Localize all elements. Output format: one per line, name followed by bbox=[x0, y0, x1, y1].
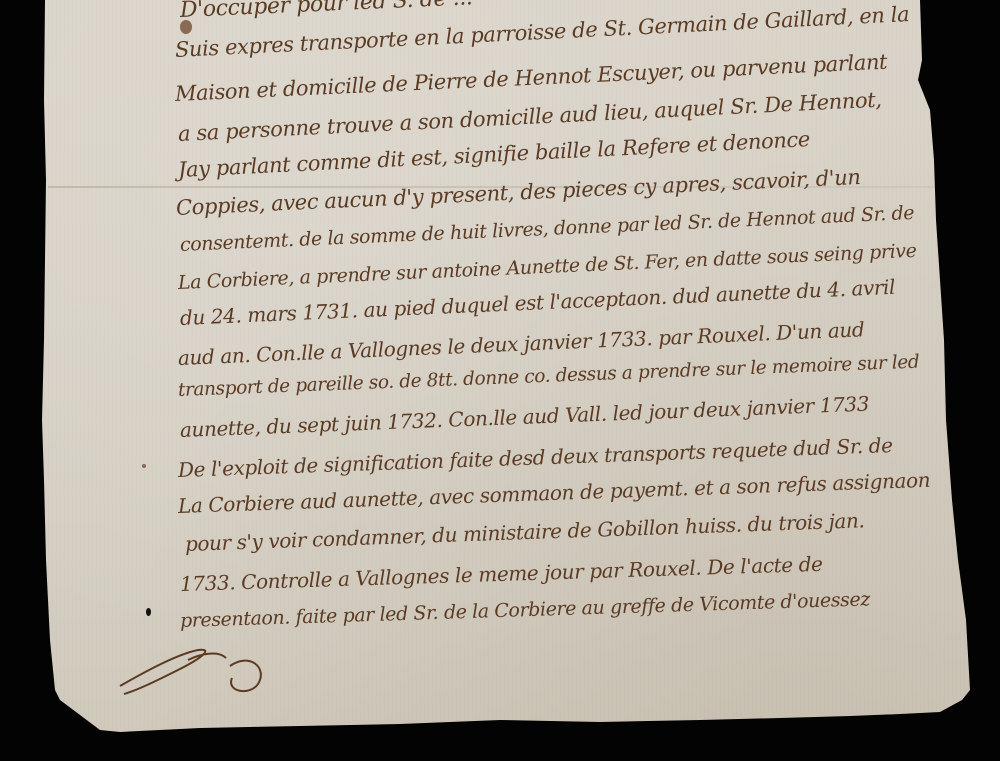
signature-paraph bbox=[118, 640, 318, 700]
ink-spot bbox=[146, 608, 151, 616]
ink-spot bbox=[142, 464, 146, 468]
manuscript-line-16: 1733. Controlle a Vallognes le meme jour… bbox=[180, 552, 823, 596]
manuscript-line-12: aunette, du sept juin 1732. Con.lle aud … bbox=[180, 392, 870, 442]
manuscript-line-15: pour s'y voir condamner, du ministaire d… bbox=[185, 508, 865, 556]
manuscript-page: D'occuper pour led S. de ... Suis expres… bbox=[0, 0, 1000, 761]
manuscript-line-17: presentaon. faite par led Sr. de la Corb… bbox=[180, 588, 871, 632]
manuscript-line-1: D'occuper pour led S. de ... bbox=[179, 0, 472, 23]
photo-stage: D'occuper pour led S. de ... Suis expres… bbox=[0, 0, 1000, 761]
